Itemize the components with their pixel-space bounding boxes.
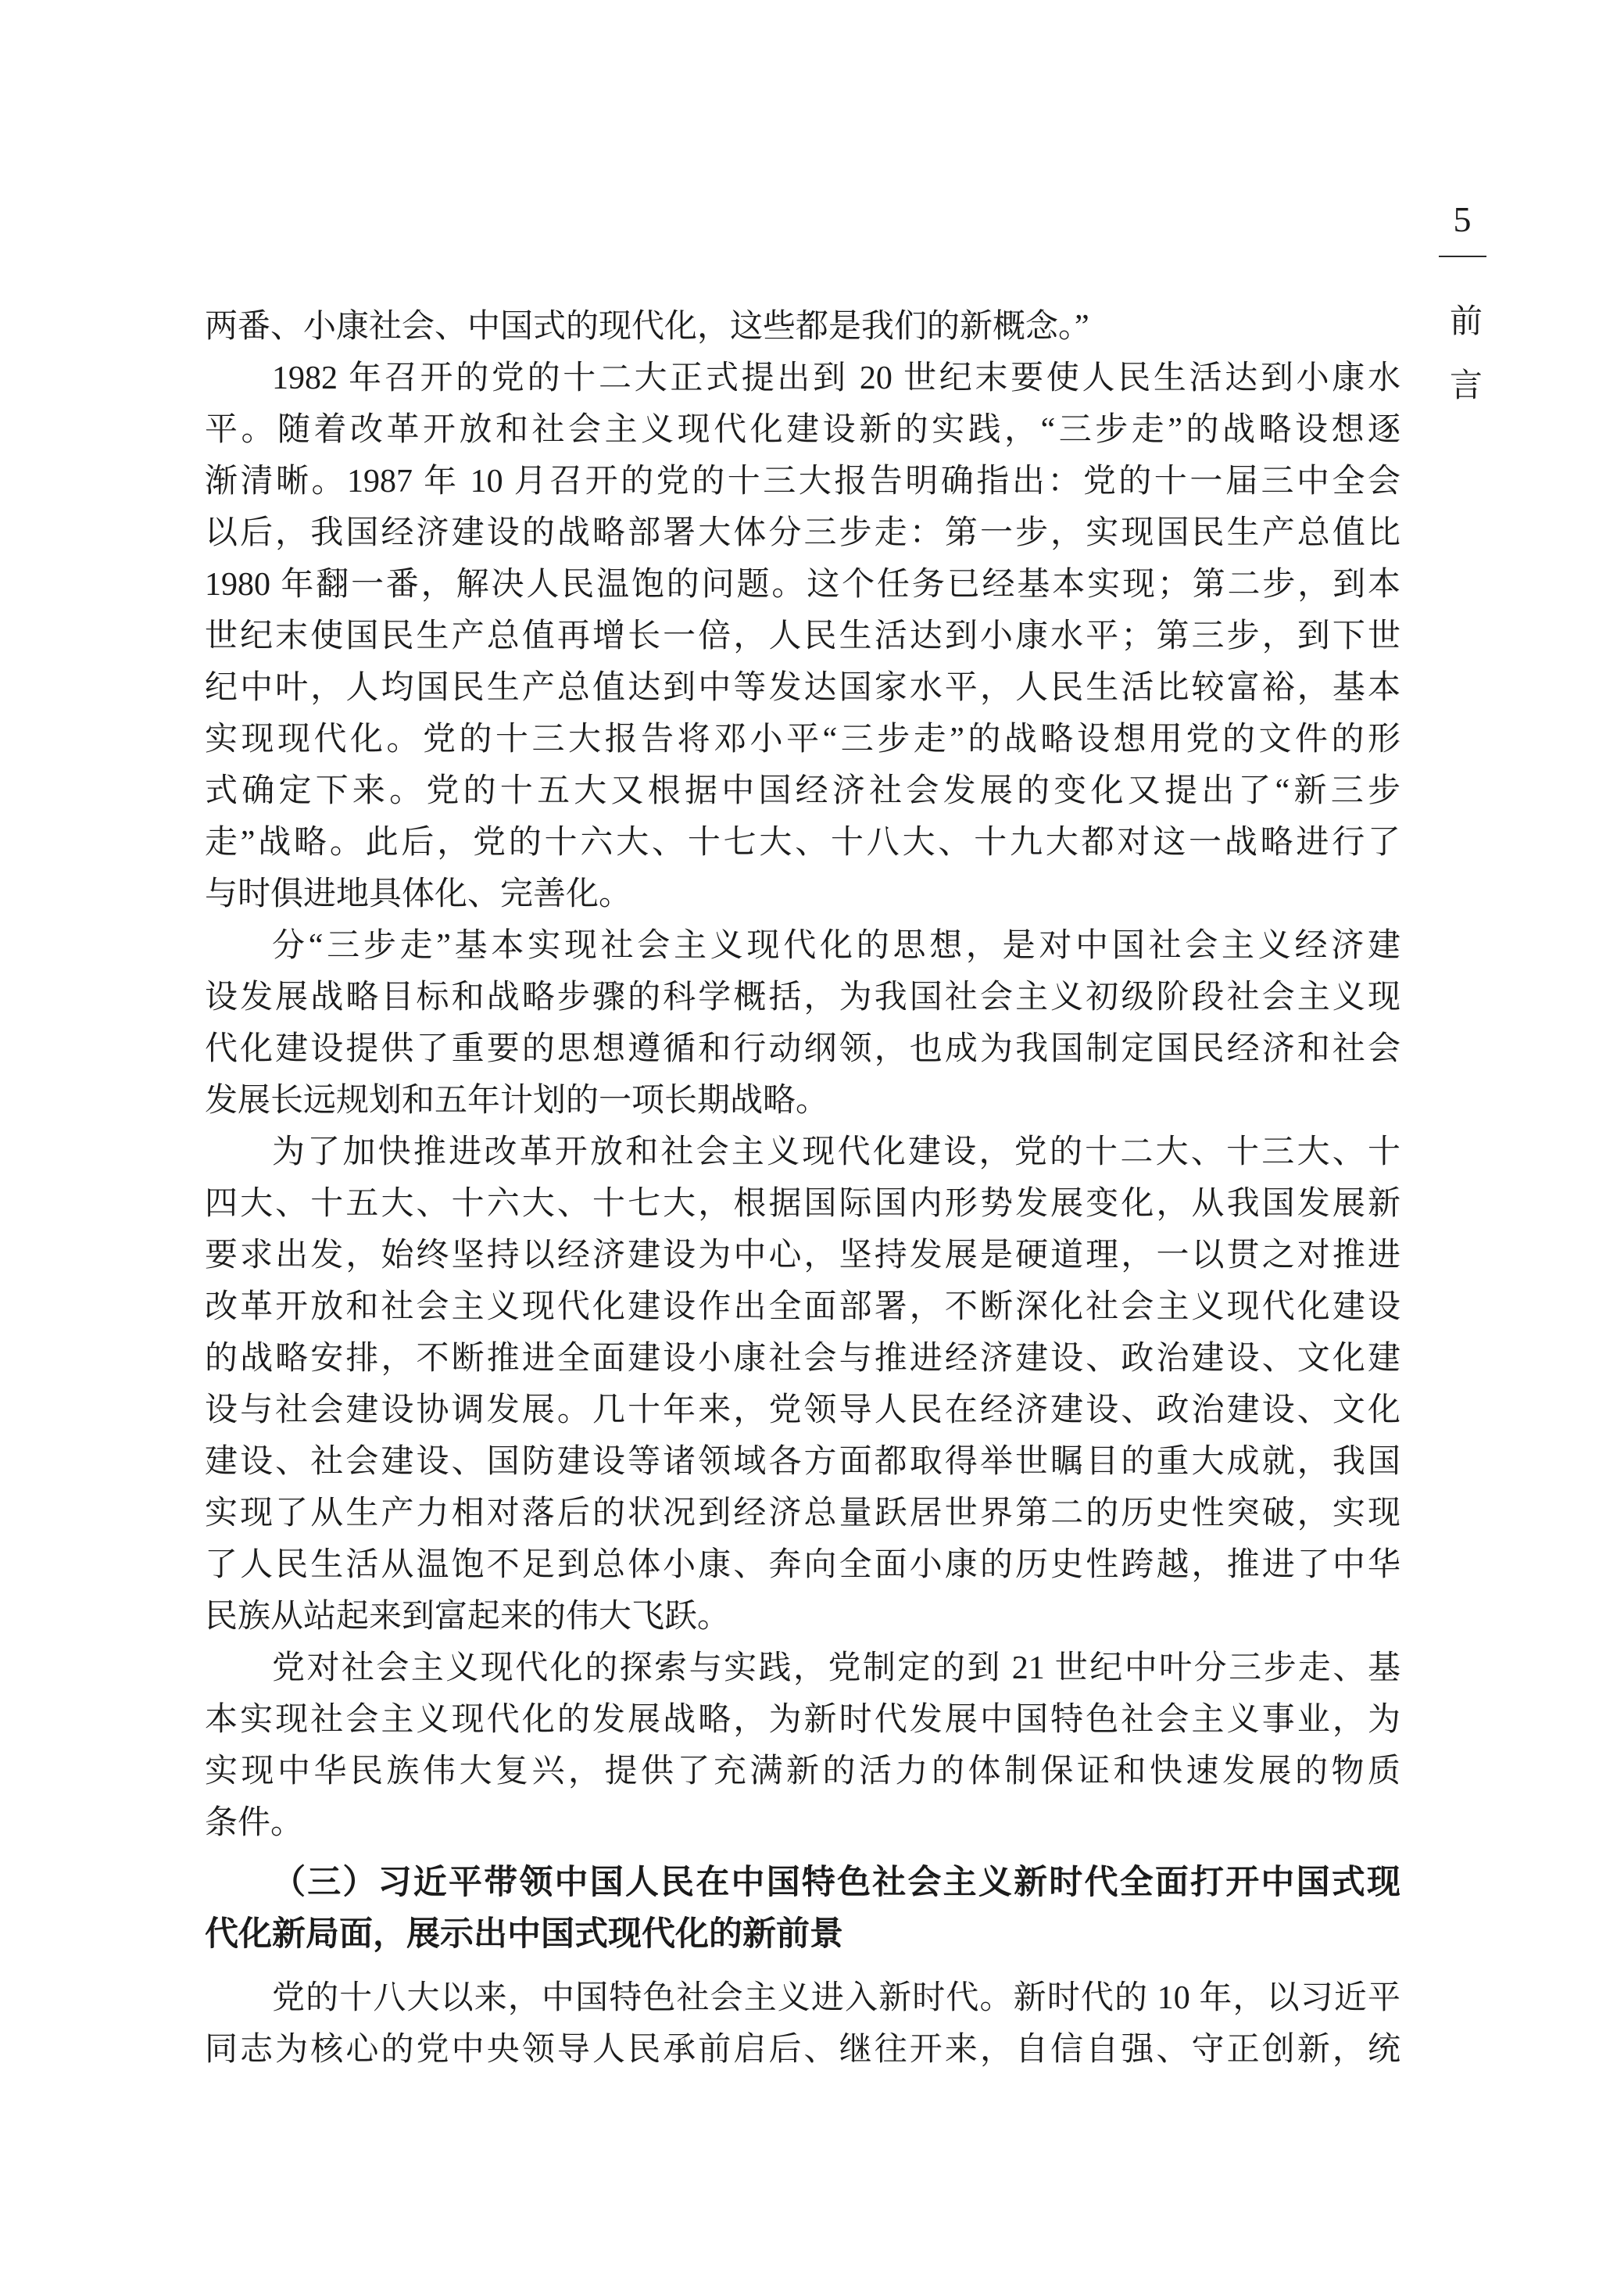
text-line: 渐清晰。1987 年 10 月召开的党的十三大报告明确指出：党的十一届三中全会 [205, 456, 1400, 507]
text-line: 世纪末使国民生产总值再增长一倍，人民生活达到小康水平；第三步，到下世 [205, 611, 1400, 662]
text-line: 条件。 [205, 1797, 1400, 1849]
text-line: 1980 年翻一番，解决人民温饱的问题。这个任务已经基本实现；第二步，到本 [205, 559, 1400, 611]
text-line: 党对社会主义现代化的探索与实践，党制定的到 21 世纪中叶分三步走、基 [205, 1642, 1400, 1694]
text-line: 建设、社会建设、国防建设等诸领域各方面都取得举世瞩目的重大成就，我国 [205, 1436, 1400, 1488]
text-line: 为了加快推进改革开放和社会主义现代化建设，党的十二大、十三大、十 [205, 1127, 1400, 1178]
text-line: 纪中叶，人均国民生产总值达到中等发达国家水平，人民生活比较富裕，基本 [205, 662, 1400, 714]
text-block: 两番、小康社会、中国式的现代化，这些都是我们的新概念。”1982 年召开的党的十… [205, 301, 1400, 2076]
text-line: 与时俱进地具体化、完善化。 [205, 869, 1400, 920]
text-line: 的战略安排，不断推进全面建设小康社会与推进经济建设、政治建设、文化建 [205, 1333, 1400, 1384]
text-line: 改革开放和社会主义现代化建设作出全面部署，不断深化社会主义现代化建设 [205, 1281, 1400, 1333]
text-line: 两番、小康社会、中国式的现代化，这些都是我们的新概念。” [205, 301, 1400, 353]
text-line: 分“三步走”基本实现社会主义现代化的思想，是对中国社会主义经济建 [205, 920, 1400, 972]
text-line: 实现中华民族伟大复兴，提供了充满新的活力的体制保证和快速发展的物质 [205, 1746, 1400, 1797]
section-heading-line: 代化新局面，展示出中国式现代化的新前景 [205, 1908, 1400, 1960]
text-line: 以后，我国经济建设的战略部署大体分三步走：第一步，实现国民生产总值比 [205, 507, 1400, 559]
text-line: 同志为核心的党中央领导人民承前启后、继往开来，自信自强、守正创新，统 [205, 2024, 1400, 2076]
text-line: 发展长远规划和五年计划的一项长期战略。 [205, 1075, 1400, 1127]
margin-label-preface: 前言 [1447, 303, 1479, 432]
page-number: 5 [1436, 200, 1488, 240]
page-number-rule [1439, 256, 1486, 257]
text-line: 实现现代化。党的十三大报告将邓小平“三步走”的战略设想用党的文件的形 [205, 714, 1400, 765]
text-line: 党的十八大以来，中国特色社会主义进入新时代。新时代的 10 年，以习近平 [205, 1972, 1400, 2024]
text-line: 本实现社会主义现代化的发展战略，为新时代发展中国特色社会主义事业，为 [205, 1694, 1400, 1746]
text-line: 民族从站起来到富起来的伟大飞跃。 [205, 1591, 1400, 1642]
text-line: 四大、十五大、十六大、十七大，根据国际国内形势发展变化，从我国发展新 [205, 1178, 1400, 1230]
section-heading-line: （三）习近平带领中国人民在中国特色社会主义新时代全面打开中国式现 [205, 1857, 1400, 1908]
document-page: 5 前言 两番、小康社会、中国式的现代化，这些都是我们的新概念。”1982 年召… [0, 0, 1624, 2271]
text-line: 式确定下来。党的十五大又根据中国经济社会发展的变化又提出了“新三步 [205, 765, 1400, 817]
text-line: 设发展战略目标和战略步骤的科学概括，为我国社会主义初级阶段社会主义现 [205, 972, 1400, 1023]
text-line: 1982 年召开的党的十二大正式提出到 20 世纪末要使人民生活达到小康水 [205, 353, 1400, 404]
text-line: 走”战略。此后，党的十六大、十七大、十八大、十九大都对这一战略进行了 [205, 817, 1400, 869]
text-line: 了人民生活从温饱不足到总体小康、奔向全面小康的历史性跨越，推进了中华 [205, 1539, 1400, 1591]
text-line: 代化建设提供了重要的思想遵循和行动纲领，也成为我国制定国民经济和社会 [205, 1023, 1400, 1075]
text-line: 平。随着改革开放和社会主义现代化建设新的实践，“三步走”的战略设想逐 [205, 404, 1400, 456]
text-line: 要求出发，始终坚持以经济建设为中心，坚持发展是硬道理，一以贯之对推进 [205, 1230, 1400, 1281]
text-line: 实现了从生产力相对落后的状况到经济总量跃居世界第二的历史性突破，实现 [205, 1488, 1400, 1539]
text-line: 设与社会建设协调发展。几十年来，党领导人民在经济建设、政治建设、文化 [205, 1384, 1400, 1436]
